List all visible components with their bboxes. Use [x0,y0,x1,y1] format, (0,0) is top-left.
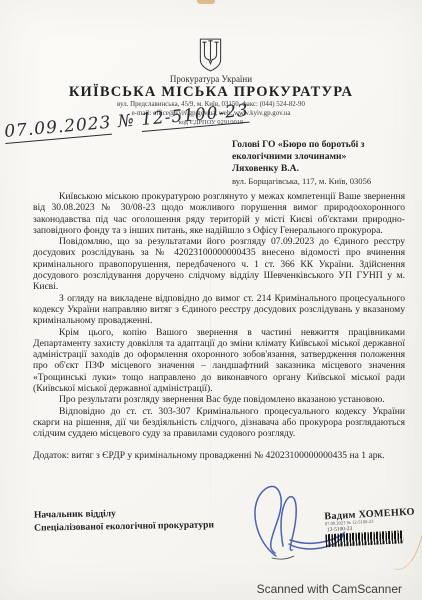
handwritten-ref-number: 07.09.2023 № 12-5100-23 [4,102,235,142]
recipient-line-1: Голові ГО «Бюро по боротьбі з [232,139,412,151]
stamp-barcode [325,530,404,547]
camscanner-watermark: Scanned with CamScanner [257,582,402,596]
body-paragraph: Про результати розгляду звернення Вас бу… [33,394,405,405]
body-paragraph: Відповідно до ст. ст. 303-307 Кримінальн… [33,406,405,440]
binder-edge-mark [197,0,215,4]
body-paragraph: З огляду на викладене відповідно до вимо… [33,293,405,327]
signer-title-line-2: Спеціалізованої екологічної прокуратури [34,518,214,534]
org-name-title: КИЇВСЬКА МІСЬКА ПРОКУРАТУРА [0,84,422,101]
facsimile-stamp: Вадим ХОМЕНКО 07.09.2023 № 12-5100-23 12… [324,507,414,548]
org-parent-title: Прокуратура України [0,74,422,84]
body-paragraph: Київською міською прокуратурою розглянут… [33,191,405,236]
signer-title-block: Начальник відділу Спеціалізованої еколог… [34,505,214,534]
scanned-letter-page: Прокуратура України КИЇВСЬКА МІСЬКА ПРОК… [0,0,422,600]
attachment-line: Додаток: витяг з ЄРДР у кримінальному пр… [33,450,405,461]
letter-body: Київською міською прокуратурою розглянут… [33,191,405,461]
recipient-line-2: екологічними злочинами» [232,151,412,163]
recipient-name: Ляховенку В.А. [232,163,412,175]
ukraine-trident-emblem [197,38,224,72]
recipient-block: Голові ГО «Бюро по боротьбі з екологічни… [232,139,412,187]
recipient-address: вул. Борщагівська, 117, м. Київ, 03056 [232,175,412,187]
body-paragraph: Крім цього, копію Вашого звернення в час… [33,327,405,395]
handwritten-date: 07.09.2023 [4,113,113,144]
body-paragraph: Повідомляю, що за результатами його розг… [33,236,405,292]
number-sign: № [117,111,136,132]
